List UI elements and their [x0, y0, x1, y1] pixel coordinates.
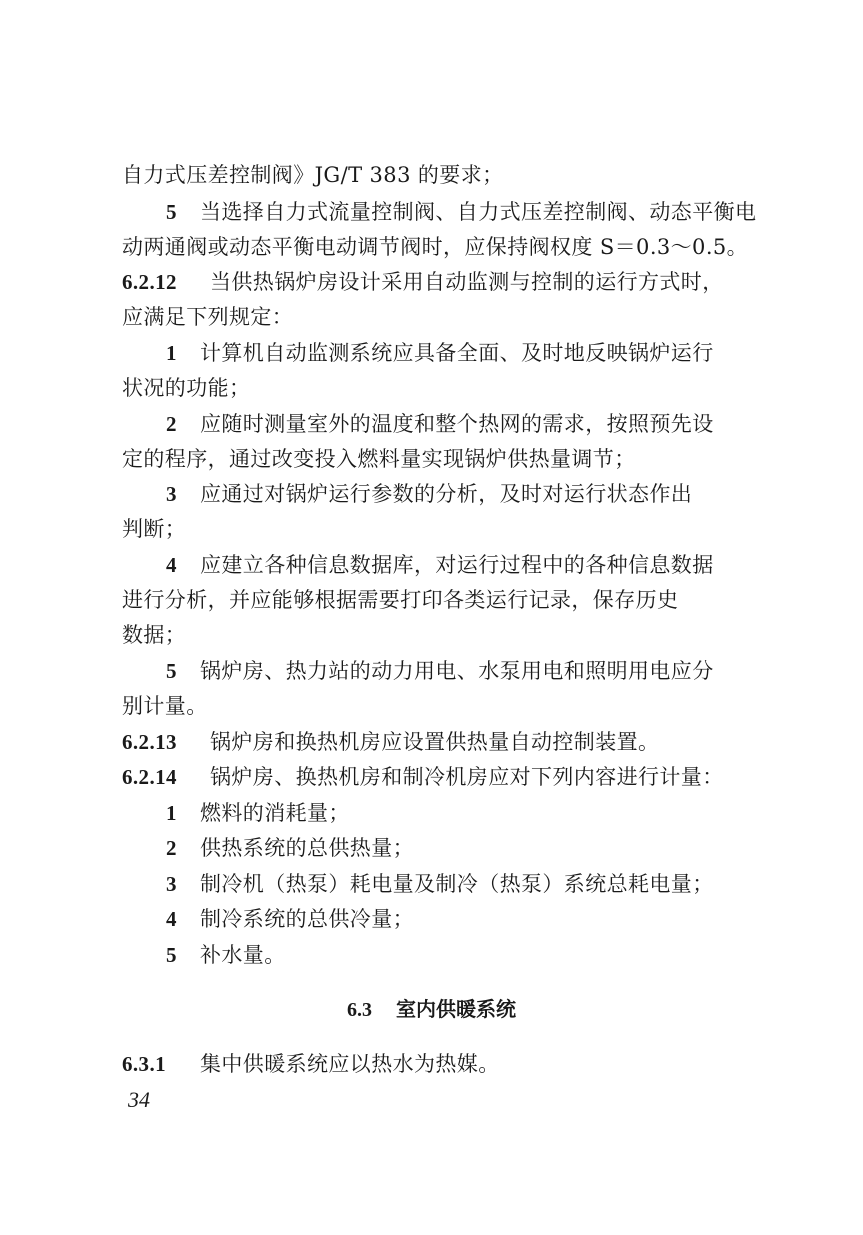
- line-text: 集中供暖系统应以热水为热媒。: [200, 1052, 500, 1076]
- item-number: 5: [166, 200, 200, 224]
- list-item: 4应建立各种信息数据库，对运行过程中的各种信息数据: [166, 553, 714, 577]
- line-text: 燃料的消耗量；: [200, 801, 350, 825]
- item-number: 5: [166, 943, 200, 967]
- item-number: 3: [166, 482, 200, 506]
- line-text: 定的程序，通过改变投入燃料量实现锅炉供热量调节；: [122, 447, 636, 471]
- list-item: 5当选择自力式流量控制阀、自力式压差控制阀、动态平衡电: [166, 200, 756, 224]
- clause-number: 6.2.12: [122, 270, 210, 294]
- list-item: 4制冷系统的总供冷量；: [166, 907, 414, 931]
- item-number: 4: [166, 907, 200, 931]
- text-line: 数据；: [122, 623, 186, 647]
- line-text: 锅炉房、换热机房和制冷机房应对下列内容进行计量：: [210, 765, 724, 789]
- section-heading: 6.3室内供暖系统: [0, 997, 863, 1022]
- line-text: 补水量。: [200, 943, 286, 967]
- line-text: 计算机自动监测系统应具备全面、及时地反映锅炉运行: [200, 341, 714, 365]
- list-item: 1燃料的消耗量；: [166, 801, 350, 825]
- clause: 6.2.12当供热锅炉房设计采用自动监测与控制的运行方式时，: [122, 270, 724, 294]
- list-item: 2供热系统的总供热量；: [166, 836, 414, 860]
- text-line: 状况的功能；: [122, 376, 250, 400]
- line-text: 供热系统的总供热量；: [200, 836, 414, 860]
- item-number: 2: [166, 836, 200, 860]
- list-item: 5补水量。: [166, 943, 286, 967]
- section-title: 室内供暖系统: [396, 997, 516, 1021]
- text-line: 定的程序，通过改变投入燃料量实现锅炉供热量调节；: [122, 447, 636, 471]
- list-item: 2应随时测量室外的温度和整个热网的需求，按照预先设: [166, 412, 714, 436]
- item-number: 5: [166, 659, 200, 683]
- text-line: 判断；: [122, 517, 186, 541]
- section-number: 6.3: [347, 999, 372, 1021]
- clause: 6.2.14锅炉房、换热机房和制冷机房应对下列内容进行计量：: [122, 765, 724, 789]
- line-text: 进行分析，并应能够根据需要打印各类运行记录，保存历史: [122, 588, 678, 612]
- list-item: 5锅炉房、热力站的动力用电、水泵用电和照明用电应分: [166, 659, 714, 683]
- text-line: 动两通阀或动态平衡电动调节阀时，应保持阀权度 S＝0.3～0.5。: [122, 235, 748, 259]
- line-text: 判断；: [122, 517, 186, 541]
- item-number: 4: [166, 553, 200, 577]
- text-line: 别计量。: [122, 694, 208, 718]
- item-number: 1: [166, 341, 200, 365]
- line-text: 锅炉房和换热机房应设置供热量自动控制装置。: [210, 730, 659, 754]
- line-text: 应满足下列规定：: [122, 305, 293, 329]
- line-text: 锅炉房、热力站的动力用电、水泵用电和照明用电应分: [200, 659, 714, 683]
- text-line: 自力式压差控制阀》JG/T 383 的要求；: [122, 163, 504, 187]
- item-number: 3: [166, 872, 200, 896]
- list-item: 1计算机自动监测系统应具备全面、及时地反映锅炉运行: [166, 341, 714, 365]
- line-text: 应通过对锅炉运行参数的分析，及时对运行状态作出: [200, 482, 692, 506]
- line-text: 应建立各种信息数据库，对运行过程中的各种信息数据: [200, 553, 714, 577]
- line-text: 制冷系统的总供冷量；: [200, 907, 414, 931]
- item-number: 2: [166, 412, 200, 436]
- line-text: 当选择自力式流量控制阀、自力式压差控制阀、动态平衡电: [200, 200, 756, 224]
- line-text: 动两通阀或动态平衡电动调节阀时，应保持阀权度 S＝0.3～0.5。: [122, 235, 748, 259]
- clause-number: 6.3.1: [122, 1052, 200, 1076]
- clause: 6.3.1集中供暖系统应以热水为热媒。: [122, 1052, 500, 1076]
- line-text: 数据；: [122, 623, 186, 647]
- clause: 6.2.13锅炉房和换热机房应设置供热量自动控制装置。: [122, 730, 659, 754]
- line-text: 别计量。: [122, 694, 208, 718]
- item-number: 1: [166, 801, 200, 825]
- line-text: 当供热锅炉房设计采用自动监测与控制的运行方式时，: [210, 270, 724, 294]
- clause-number: 6.2.13: [122, 730, 210, 754]
- page-number: 34: [128, 1087, 150, 1113]
- text-line: 进行分析，并应能够根据需要打印各类运行记录，保存历史: [122, 588, 678, 612]
- document-page: 自力式压差控制阀》JG/T 383 的要求； 5当选择自力式流量控制阀、自力式压…: [0, 0, 863, 1235]
- line-text: 制冷机（热泵）耗电量及制冷（热泵）系统总耗电量；: [200, 872, 714, 896]
- line-text: 状况的功能；: [122, 376, 250, 400]
- text-line: 应满足下列规定：: [122, 305, 293, 329]
- list-item: 3应通过对锅炉运行参数的分析，及时对运行状态作出: [166, 482, 692, 506]
- line-text: 应随时测量室外的温度和整个热网的需求，按照预先设: [200, 412, 714, 436]
- list-item: 3制冷机（热泵）耗电量及制冷（热泵）系统总耗电量；: [166, 872, 714, 896]
- clause-number: 6.2.14: [122, 765, 210, 789]
- line-text: 自力式压差控制阀》JG/T 383 的要求；: [122, 163, 504, 187]
